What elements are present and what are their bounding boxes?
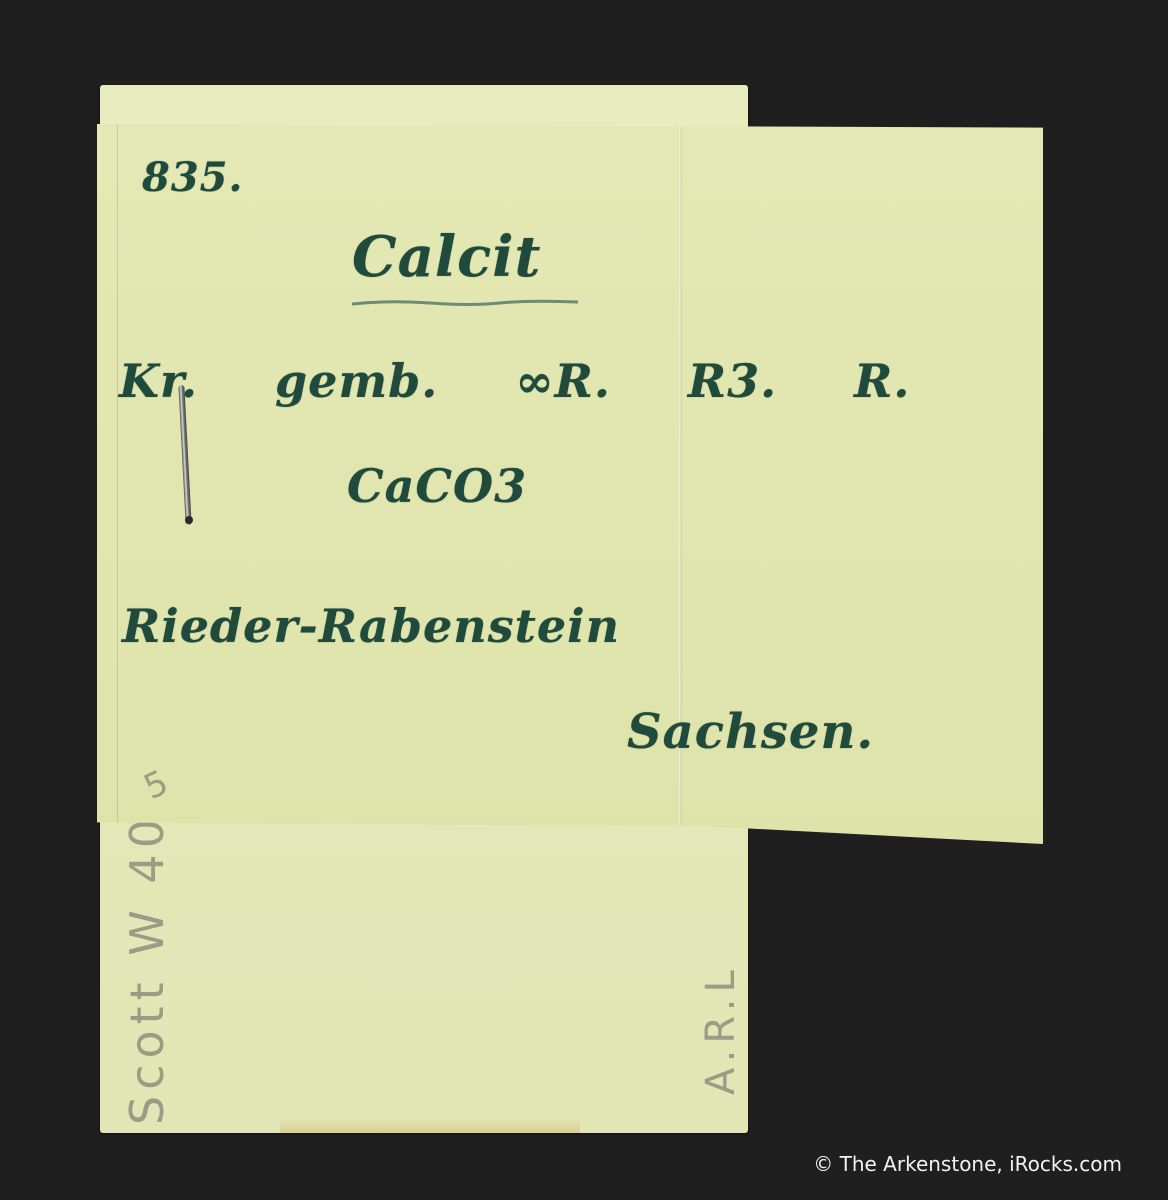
mineral-name: Calcit <box>352 224 541 290</box>
pin-head <box>185 516 193 524</box>
crystal-description: Kr. gemb. ∞R. R3. R. <box>119 354 910 408</box>
photo-credit: © The Arkenstone, iRocks.com <box>813 1152 1122 1176</box>
edge-stain <box>280 1119 580 1133</box>
locality-line-2: Sachsen. <box>627 704 874 760</box>
back-card-right-inscription: A.R.L <box>698 964 744 1095</box>
card-edge-line <box>117 124 118 844</box>
locality-line-1: Rieder-Rabenstein <box>122 599 620 653</box>
pencil-mark: 5 <box>138 760 180 808</box>
mineral-name-underline <box>350 299 580 307</box>
chemical-formula: CaCO3 <box>347 459 527 513</box>
catalog-number: 835. <box>142 154 243 201</box>
specimen-label-card: 835. Calcit Kr. gemb. ∞R. R3. R. CaCO3 R… <box>97 124 1043 844</box>
